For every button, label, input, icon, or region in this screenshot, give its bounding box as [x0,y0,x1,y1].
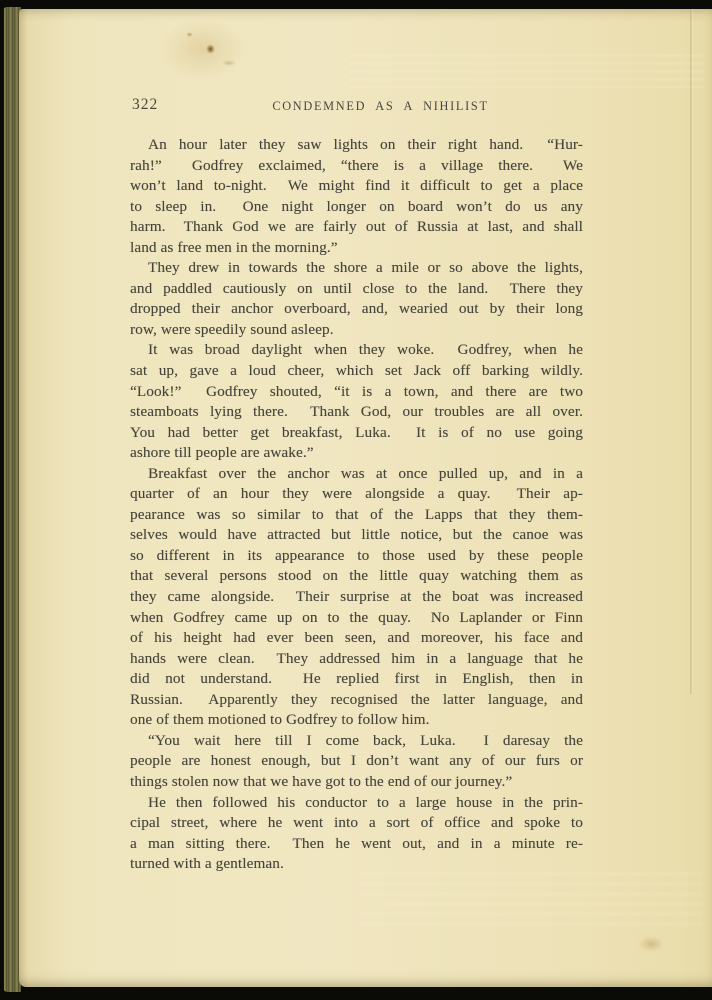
scan-artifact-band-top [349,54,704,88]
text-line: rah!” Godfrey exclaimed, “there is a vil… [130,156,583,177]
text-line: row, were speedily sound asleep. [130,320,583,341]
text-line: dropped their anchor overboard, and, wea… [130,299,583,320]
paragraph: Breakfast over the anchor was at once pu… [130,464,583,731]
text-line: they came alongside. Their surprise at t… [130,587,583,608]
text-line: An hour later they saw lights on their r… [130,135,583,156]
text-line: They drew in towards the shore a mile or… [130,258,583,279]
text-line: hands were clean. They addressed him in … [130,649,583,670]
text-line: one of them motioned to Godfrey to follo… [130,710,583,731]
text-line: people are honest enough, but I don’t wa… [130,751,583,772]
text-line: harm. Thank God we are fairly out of Rus… [130,217,583,238]
text-line: when Godfrey came up on to the quay. No … [130,608,583,629]
text-line: It was broad daylight when they woke. Go… [130,340,583,361]
text-line: so different in its appearance to those … [130,546,583,567]
paragraph: He then followed his conductor to a larg… [130,793,583,875]
page-crease [690,9,693,694]
paragraph: “You wait here till I come back, Luka. I… [130,731,583,793]
text-line: a man sitting there. Then he went out, a… [130,834,583,855]
text-line: selves would have attracted but little n… [130,525,583,546]
text-line: land as free men in the morning.” [130,238,583,259]
text-line: did not understand. He replied first in … [130,669,583,690]
paragraph: An hour later they saw lights on their r… [130,135,583,258]
text-line: He then followed his conductor to a larg… [130,793,583,814]
running-title: CONDEMNED AS A NIHILIST [154,99,607,114]
text-line: and paddled cautiously on until close to… [130,279,583,300]
text-line: pearance was so similar to that of the L… [130,505,583,526]
scan-artifact-band-bottom [359,872,702,932]
text-line: sat up, gave a loud cheer, which set Jac… [130,361,583,382]
stain-dot [638,936,664,952]
text-line: quarter of an hour they were alongside a… [130,484,583,505]
text-line: Russian. Apparently they recognised the … [130,690,583,711]
body-text: An hour later they saw lights on their r… [130,135,583,875]
page-header: 322 CONDEMNED AS A NIHILIST [130,96,583,115]
text-line: to sleep in. One night longer on board w… [130,197,583,218]
text-line: steamboats lying there. Thank God, our t… [130,402,583,423]
text-line: turned with a gentleman. [130,854,583,875]
text-line: Breakfast over the anchor was at once pu… [130,464,583,485]
text-line: of his height had ever been seen, and mo… [130,628,583,649]
text-line: that several persons stood on the little… [130,566,583,587]
stain-dot [186,32,193,37]
text-line: “You wait here till I come back, Luka. I… [130,731,583,752]
text-line: You had better get breakfast, Luka. It i… [130,423,583,444]
foxing-stain [160,18,245,80]
paragraph: They drew in towards the shore a mile or… [130,258,583,340]
paragraph: It was broad daylight when they woke. Go… [130,340,583,463]
stain-dot [222,60,236,66]
text-line: ashore till people are awake.” [130,443,583,464]
text-block: 322 CONDEMNED AS A NIHILIST An hour late… [130,96,583,875]
text-line: cipal street, where he went into a sort … [130,813,583,834]
text-line: things stolen now that we have got to th… [130,772,583,793]
text-line: “Look!” Godfrey shouted, “it is a town, … [130,382,583,403]
text-line: won’t land to-night. We might find it di… [130,176,583,197]
stain-dot [206,44,215,54]
